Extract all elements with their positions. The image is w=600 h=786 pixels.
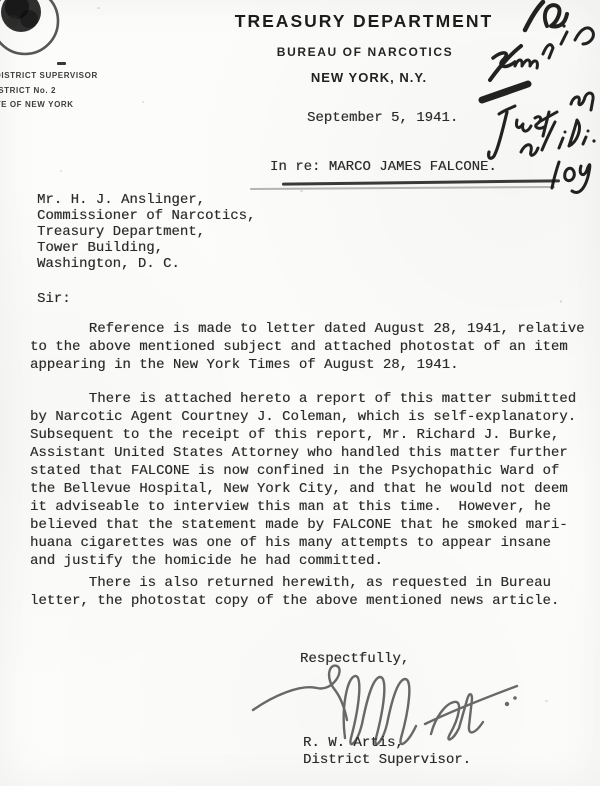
handwritten-annotation — [455, 0, 600, 210]
body-paragraph-2: There is attached hereto a report of thi… — [30, 390, 576, 570]
letterhead-district-supervisor: DISTRICT SUPERVISOR — [0, 71, 98, 80]
letterhead-bureau: BUREAU OF NARCOTICS — [277, 45, 453, 59]
letterhead-city: NEW YORK, N.Y. — [311, 70, 427, 85]
body-paragraph-1: Reference is made to letter dated August… — [30, 320, 585, 374]
scan-speck — [97, 7, 100, 9]
body-paragraph-3: There is also returned herewith, as requ… — [30, 574, 559, 610]
scan-speck — [545, 700, 548, 702]
treasury-seal-icon — [0, 0, 71, 69]
letterhead-dash — [57, 62, 66, 65]
salutation: Sir: — [37, 290, 71, 308]
letterhead-district-number: DISTRICT No. 2 — [0, 86, 56, 95]
scan-speck — [60, 170, 62, 172]
signer-title: District Supervisor. — [303, 751, 471, 769]
letter-page: DISTRICT SUPERVISOR DISTRICT No. 2 STATE… — [0, 0, 600, 786]
scan-speck — [142, 101, 144, 103]
date-line: September 5, 1941. — [307, 109, 458, 127]
recipient-address: Mr. H. J. Anslinger, Commissioner of Nar… — [37, 192, 255, 272]
signer-name: R. W. Artis, — [303, 734, 404, 752]
letterhead-state: STATE OF NEW YORK — [0, 100, 74, 109]
scan-speck — [300, 190, 303, 192]
scan-speck — [560, 300, 562, 303]
